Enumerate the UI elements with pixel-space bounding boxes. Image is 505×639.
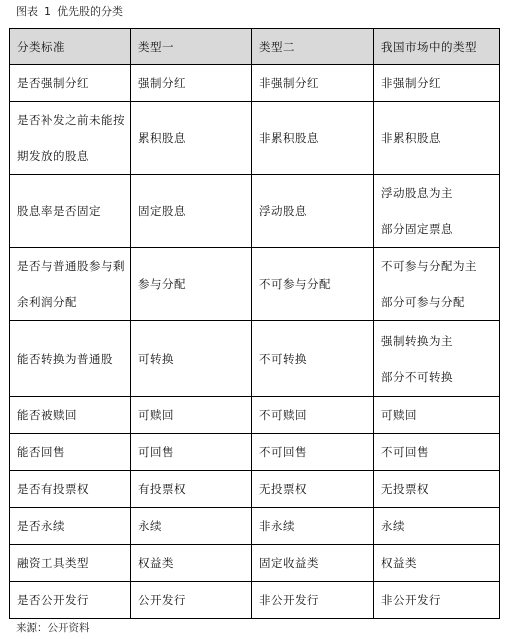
cell-criterion: 是否强制分红 bbox=[10, 65, 131, 102]
cell-domestic: 非强制分红 bbox=[374, 65, 500, 102]
table-row: 是否永续永续非永续永续 bbox=[10, 508, 500, 545]
cell-type1: 公开发行 bbox=[131, 582, 252, 619]
table-row: 融资工具类型权益类固定收益类权益类 bbox=[10, 545, 500, 582]
cell-domestic: 不可回售 bbox=[374, 434, 500, 471]
table-row: 是否强制分红强制分红非强制分红非强制分红 bbox=[10, 65, 500, 102]
table-row: 股息率是否固定固定股息浮动股息浮动股息为主部分固定票息 bbox=[10, 175, 500, 248]
table-row: 是否补发之前未能按期发放的股息累积股息非累积股息非累积股息 bbox=[10, 102, 500, 175]
cell-text: 永续 bbox=[138, 508, 251, 544]
cell-text: 不可参与分配 bbox=[259, 266, 373, 302]
cell-text: 部分可参与分配 bbox=[381, 284, 499, 320]
cell-text: 融资工具类型 bbox=[17, 545, 130, 581]
cell-text: 是否有投票权 bbox=[17, 471, 130, 507]
cell-criterion: 是否与普通股参与剩余利润分配 bbox=[10, 248, 131, 321]
cell-text: 无投票权 bbox=[381, 471, 499, 507]
cell-type2: 不可赎回 bbox=[252, 397, 374, 434]
cell-text: 不可赎回 bbox=[259, 397, 373, 433]
table-row: 能否转换为普通股可转换不可转换强制转换为主部分不可转换 bbox=[10, 321, 500, 397]
table-row: 是否公开发行公开发行非公开发行非公开发行 bbox=[10, 582, 500, 619]
cell-text: 强制分红 bbox=[138, 65, 251, 101]
cell-domestic: 浮动股息为主部分固定票息 bbox=[374, 175, 500, 248]
cell-type2: 非强制分红 bbox=[252, 65, 374, 102]
cell-type1: 可回售 bbox=[131, 434, 252, 471]
cell-type1: 固定股息 bbox=[131, 175, 252, 248]
cell-text: 是否永续 bbox=[17, 508, 130, 544]
caption-label: 图表 bbox=[16, 5, 38, 18]
cell-text: 非永续 bbox=[259, 508, 373, 544]
cell-type1: 强制分红 bbox=[131, 65, 252, 102]
cell-type2: 浮动股息 bbox=[252, 175, 374, 248]
cell-type2: 固定收益类 bbox=[252, 545, 374, 582]
cell-text: 不可回售 bbox=[259, 434, 373, 470]
cell-type1: 权益类 bbox=[131, 545, 252, 582]
cell-type1: 可转换 bbox=[131, 321, 252, 397]
cell-criterion: 是否有投票权 bbox=[10, 471, 131, 508]
cell-type1: 参与分配 bbox=[131, 248, 252, 321]
cell-domestic: 可赎回 bbox=[374, 397, 500, 434]
cell-text: 浮动股息 bbox=[259, 193, 373, 229]
cell-text: 能否被赎回 bbox=[17, 397, 130, 433]
cell-type1: 永续 bbox=[131, 508, 252, 545]
cell-text: 强制转换为主 bbox=[381, 323, 499, 359]
table-row: 是否与普通股参与剩余利润分配参与分配不可参与分配不可参与分配为主部分可参与分配 bbox=[10, 248, 500, 321]
cell-type2: 非永续 bbox=[252, 508, 374, 545]
cell-type2: 非累积股息 bbox=[252, 102, 374, 175]
cell-text: 非累积股息 bbox=[259, 120, 373, 156]
caption-number: 1 bbox=[44, 5, 51, 18]
preferred-stock-classification-table: 分类标准 类型一 类型二 我国市场中的类型 是否强制分红强制分红非强制分红非强制… bbox=[9, 28, 500, 619]
cell-text: 可转换 bbox=[138, 341, 251, 377]
header-type1: 类型一 bbox=[131, 29, 252, 65]
cell-type2: 不可回售 bbox=[252, 434, 374, 471]
cell-criterion: 是否永续 bbox=[10, 508, 131, 545]
cell-text: 能否回售 bbox=[17, 434, 130, 470]
cell-text: 固定股息 bbox=[138, 193, 251, 229]
cell-text: 权益类 bbox=[138, 545, 251, 581]
cell-text: 是否公开发行 bbox=[17, 582, 130, 618]
cell-text: 能否转换为普通股 bbox=[17, 341, 130, 377]
cell-text: 非强制分红 bbox=[381, 65, 499, 101]
cell-text: 权益类 bbox=[381, 545, 499, 581]
cell-text: 期发放的股息 bbox=[17, 138, 130, 174]
cell-text: 是否补发之前未能按 bbox=[17, 102, 130, 138]
caption-title: 优先股的分类 bbox=[57, 5, 123, 18]
header-type2: 类型二 bbox=[252, 29, 374, 65]
table-header-row: 分类标准 类型一 类型二 我国市场中的类型 bbox=[10, 29, 500, 65]
header-criterion: 分类标准 bbox=[10, 29, 131, 65]
cell-criterion: 能否回售 bbox=[10, 434, 131, 471]
source-note: 来源：公开资料 bbox=[16, 620, 90, 635]
table-row: 是否有投票权有投票权无投票权无投票权 bbox=[10, 471, 500, 508]
cell-text: 不可回售 bbox=[381, 434, 499, 470]
cell-text: 浮动股息为主 bbox=[381, 175, 499, 211]
cell-text: 不可参与分配为主 bbox=[381, 248, 499, 284]
cell-type2: 非公开发行 bbox=[252, 582, 374, 619]
cell-domestic: 无投票权 bbox=[374, 471, 500, 508]
cell-type1: 有投票权 bbox=[131, 471, 252, 508]
cell-text: 非公开发行 bbox=[259, 582, 373, 618]
header-domestic: 我国市场中的类型 bbox=[374, 29, 500, 65]
table-row: 能否回售可回售不可回售不可回售 bbox=[10, 434, 500, 471]
cell-domestic: 强制转换为主部分不可转换 bbox=[374, 321, 500, 397]
cell-text: 永续 bbox=[381, 508, 499, 544]
cell-domestic: 权益类 bbox=[374, 545, 500, 582]
cell-type2: 不可参与分配 bbox=[252, 248, 374, 321]
cell-text: 部分不可转换 bbox=[381, 359, 499, 395]
cell-domestic: 非公开发行 bbox=[374, 582, 500, 619]
cell-text: 余利润分配 bbox=[17, 284, 130, 320]
cell-text: 固定收益类 bbox=[259, 545, 373, 581]
cell-text: 是否强制分红 bbox=[17, 65, 130, 101]
cell-text: 可赎回 bbox=[138, 397, 251, 433]
cell-text: 非公开发行 bbox=[381, 582, 499, 618]
cell-domestic: 非累积股息 bbox=[374, 102, 500, 175]
cell-text: 股息率是否固定 bbox=[17, 193, 130, 229]
cell-type1: 可赎回 bbox=[131, 397, 252, 434]
table-row: 能否被赎回可赎回不可赎回可赎回 bbox=[10, 397, 500, 434]
cell-type1: 累积股息 bbox=[131, 102, 252, 175]
cell-text: 是否与普通股参与剩 bbox=[17, 248, 130, 284]
cell-text: 非强制分红 bbox=[259, 65, 373, 101]
cell-type2: 无投票权 bbox=[252, 471, 374, 508]
cell-text: 累积股息 bbox=[138, 120, 251, 156]
cell-text: 有投票权 bbox=[138, 471, 251, 507]
cell-criterion: 是否公开发行 bbox=[10, 582, 131, 619]
cell-text: 无投票权 bbox=[259, 471, 373, 507]
cell-text: 非累积股息 bbox=[381, 120, 499, 156]
cell-text: 部分固定票息 bbox=[381, 211, 499, 247]
cell-criterion: 是否补发之前未能按期发放的股息 bbox=[10, 102, 131, 175]
cell-criterion: 融资工具类型 bbox=[10, 545, 131, 582]
cell-criterion: 能否被赎回 bbox=[10, 397, 131, 434]
cell-criterion: 能否转换为普通股 bbox=[10, 321, 131, 397]
cell-text: 可赎回 bbox=[381, 397, 499, 433]
cell-domestic: 永续 bbox=[374, 508, 500, 545]
cell-type2: 不可转换 bbox=[252, 321, 374, 397]
cell-text: 公开发行 bbox=[138, 582, 251, 618]
cell-domestic: 不可参与分配为主部分可参与分配 bbox=[374, 248, 500, 321]
cell-text: 不可转换 bbox=[259, 341, 373, 377]
cell-text: 可回售 bbox=[138, 434, 251, 470]
figure-caption: 图表1优先股的分类 bbox=[16, 5, 123, 19]
cell-criterion: 股息率是否固定 bbox=[10, 175, 131, 248]
cell-text: 参与分配 bbox=[138, 266, 251, 302]
